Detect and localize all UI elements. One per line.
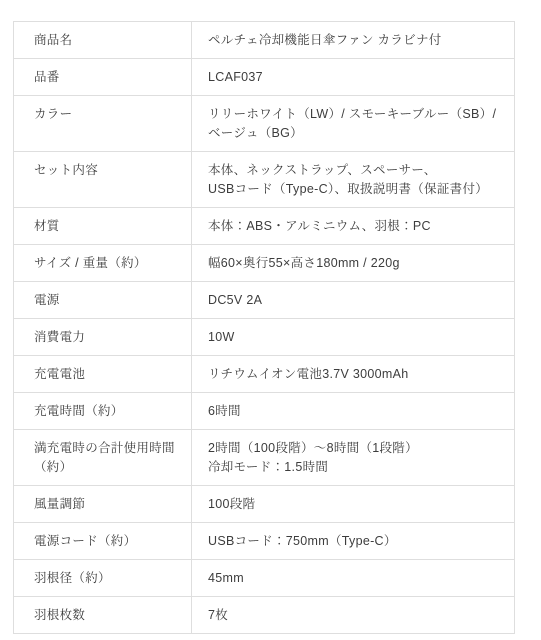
spec-value: 幅60×奥行55×高さ180mm / 220g — [192, 245, 515, 282]
spec-label: 風量調節 — [14, 486, 192, 523]
spec-label: 電源コード（約） — [14, 523, 192, 560]
spec-label: サイズ / 重量（約） — [14, 245, 192, 282]
product-spec-section: 商品名 ペルチェ冷却機能日傘ファン カラビナ付 品番 LCAF037 カラー リ… — [0, 0, 541, 634]
spec-label: 羽根径（約） — [14, 560, 192, 597]
table-row-material: 材質 本体：ABS・アルミニウム、羽根：PC — [14, 208, 515, 245]
spec-value: ペルチェ冷却機能日傘ファン カラビナ付 — [192, 22, 515, 59]
table-row-rechargeable-battery: 充電電池 リチウムイオン電池3.7V 3000mAh — [14, 356, 515, 393]
table-row-model-number: 品番 LCAF037 — [14, 59, 515, 96]
spec-value: LCAF037 — [192, 59, 515, 96]
spec-label: 品番 — [14, 59, 192, 96]
table-row-power-source: 電源 DC5V 2A — [14, 282, 515, 319]
spec-value: 7枚 — [192, 597, 515, 634]
spec-label: 羽根枚数 — [14, 597, 192, 634]
spec-label: 満充電時の合計使用時間（約） — [14, 430, 192, 486]
spec-value: 100段階 — [192, 486, 515, 523]
spec-label: 商品名 — [14, 22, 192, 59]
table-row-blade-count: 羽根枚数 7枚 — [14, 597, 515, 634]
table-row-charging-time: 充電時間（約） 6時間 — [14, 393, 515, 430]
spec-value: 本体：ABS・アルミニウム、羽根：PC — [192, 208, 515, 245]
spec-value: 10W — [192, 319, 515, 356]
spec-label: 充電時間（約） — [14, 393, 192, 430]
table-row-power-cord: 電源コード（約） USBコード：750mm（Type-C） — [14, 523, 515, 560]
product-spec-table-body: 商品名 ペルチェ冷却機能日傘ファン カラビナ付 品番 LCAF037 カラー リ… — [14, 22, 515, 634]
spec-value: 本体、ネックストラップ、スペーサー、 USBコード（Type-C）、取扱説明書（… — [192, 152, 515, 208]
spec-value: 2時間（100段階）〜8時間（1段階） 冷却モード：1.5時間 — [192, 430, 515, 486]
table-row-power-consumption: 消費電力 10W — [14, 319, 515, 356]
table-row-product-name: 商品名 ペルチェ冷却機能日傘ファン カラビナ付 — [14, 22, 515, 59]
spec-label: セット内容 — [14, 152, 192, 208]
table-row-blade-diameter: 羽根径（約） 45mm — [14, 560, 515, 597]
spec-value: DC5V 2A — [192, 282, 515, 319]
spec-value: 6時間 — [192, 393, 515, 430]
product-spec-table: 商品名 ペルチェ冷却機能日傘ファン カラビナ付 品番 LCAF037 カラー リ… — [13, 21, 515, 634]
table-row-size-weight: サイズ / 重量（約） 幅60×奥行55×高さ180mm / 220g — [14, 245, 515, 282]
spec-label: カラー — [14, 96, 192, 152]
table-row-color: カラー リリーホワイト（LW）/ スモーキーブルー（SB）/ ベージュ（BG） — [14, 96, 515, 152]
spec-value: USBコード：750mm（Type-C） — [192, 523, 515, 560]
spec-value: リチウムイオン電池3.7V 3000mAh — [192, 356, 515, 393]
table-row-airflow-adjustment: 風量調節 100段階 — [14, 486, 515, 523]
table-row-usage-time: 満充電時の合計使用時間（約） 2時間（100段階）〜8時間（1段階） 冷却モード… — [14, 430, 515, 486]
spec-label: 充電電池 — [14, 356, 192, 393]
spec-value: 45mm — [192, 560, 515, 597]
table-row-set-contents: セット内容 本体、ネックストラップ、スペーサー、 USBコード（Type-C）、… — [14, 152, 515, 208]
spec-label: 消費電力 — [14, 319, 192, 356]
spec-value: リリーホワイト（LW）/ スモーキーブルー（SB）/ ベージュ（BG） — [192, 96, 515, 152]
spec-label: 電源 — [14, 282, 192, 319]
spec-label: 材質 — [14, 208, 192, 245]
